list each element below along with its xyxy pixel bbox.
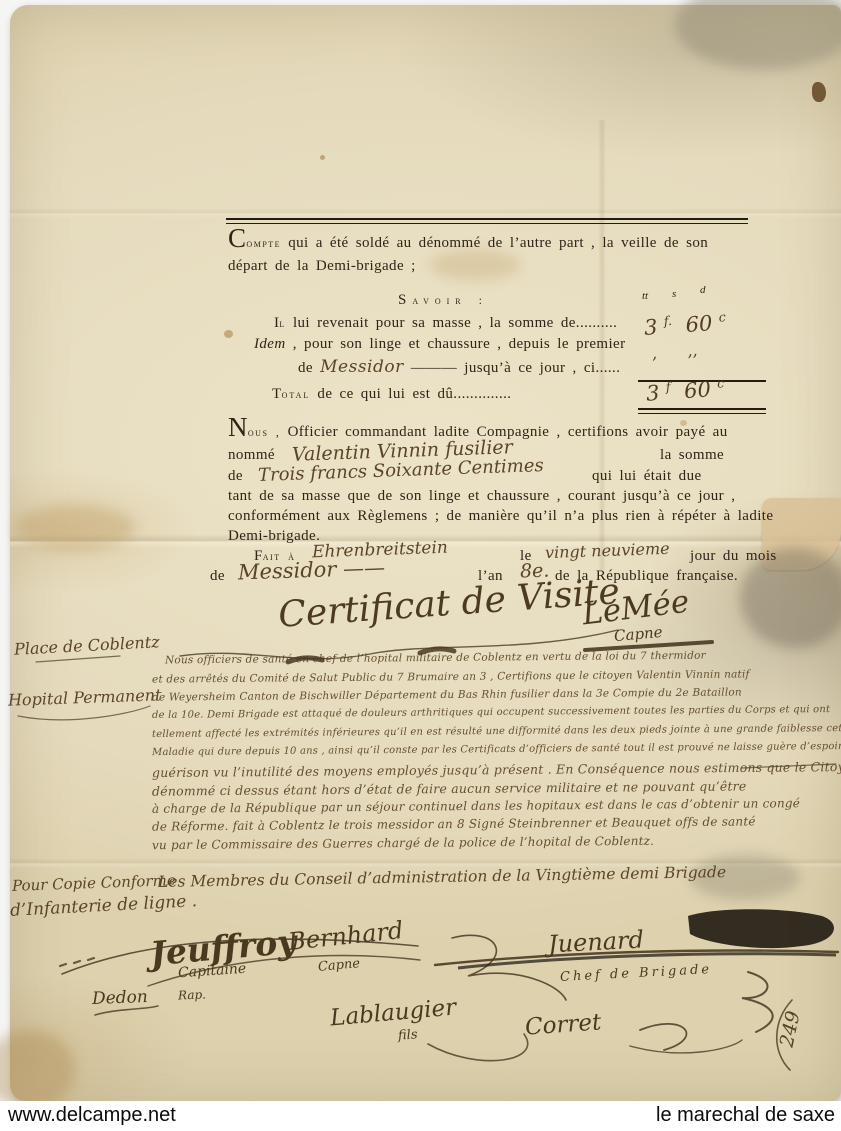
watermark-bar: www.delcampe.net le marechal de saxe [0,1101,841,1131]
nous-smallcaps: ous , [248,425,281,439]
double-rule [226,218,748,224]
total-rest: de ce qui lui est dû.............. [310,386,511,402]
nous-line2-pre: nommé [228,447,275,464]
total-smallcaps: otal [282,387,311,401]
signature-rank: fils [398,1027,418,1043]
fait2-pre: de [210,568,225,585]
signature-name: Dedon [92,987,148,1009]
nous-line2-post: la somme [660,447,724,464]
watermark-site: www.delcampe.net [8,1104,176,1127]
nous-line3-post: qui lui était due [592,468,702,485]
watermark-label: le marechal de saxe [656,1104,835,1127]
fait2-month-handwritten: Messidor —— [238,555,386,584]
idem-word: Idem , [254,336,297,352]
nous-line5: conformément aux Règlemens ; de manière … [228,508,773,525]
total-row-label: Total de ce qui lui est dû.............. [272,386,511,403]
nous-line4: tant de sa masse que de son linge et cha… [228,488,735,505]
compte-dropcap: C [228,223,246,253]
stain [15,505,135,550]
idem-ditto-amount: ’ ’’ [651,350,698,372]
compte-paragraph-line2: départ de la Demi-brigade ; [228,258,416,275]
col-header-sous: s [672,288,676,300]
idem-rest: pour son linge et chaussure , depuis le … [297,336,626,352]
total-double-rule [638,408,766,414]
month-handwritten: Messidor [320,357,404,377]
stain [430,250,520,280]
signature-name: Juenard [547,926,644,959]
signature-name: Corret [524,1009,602,1040]
compte-smallcaps: ompte [246,236,281,250]
idem-row-line1: Idem , pour son linge et chaussure , dep… [254,336,626,353]
nous-line6: Demi-brigade. [228,528,320,545]
compte-rest: qui a été soldé au dénommé de l’autre pa… [281,235,708,251]
total-cap: T [272,386,282,402]
nous-dropcap: N [228,412,248,442]
idem2-pre: de [298,360,313,376]
screenshot-root: Compte qui a été soldé au dénommé de l’a… [0,0,841,1131]
signature-rank: Rap. [178,988,206,1003]
savoir-smallcaps: avoir : [412,293,488,307]
fold-crease [10,208,841,218]
fait-post: jour du mois [690,548,777,565]
col-header-deniers: d [700,284,706,296]
savoir-label: Savoir : [398,292,488,309]
idem2-post: jusqu’à ce jour , ci...... [464,360,620,376]
masse-row-label: Il lui revenait pour sa masse , la somme… [274,315,617,332]
paper-speck [224,330,233,338]
compte-paragraph-line1: Compte qui a été soldé au dénommé de l’a… [228,231,708,252]
savoir-cap: S [398,292,412,308]
il-rest: lui revenait pour sa masse , la somme de… [286,315,618,331]
idem2-dash: ——— [411,360,457,376]
paper-speck [320,155,325,160]
ink-speck [812,82,826,102]
col-header-livres: tt [642,290,648,302]
idem-row-line2: de Messidor ——— jusqu’à ce jour , ci....… [298,357,620,377]
nous-line3-pre: de [228,468,243,485]
